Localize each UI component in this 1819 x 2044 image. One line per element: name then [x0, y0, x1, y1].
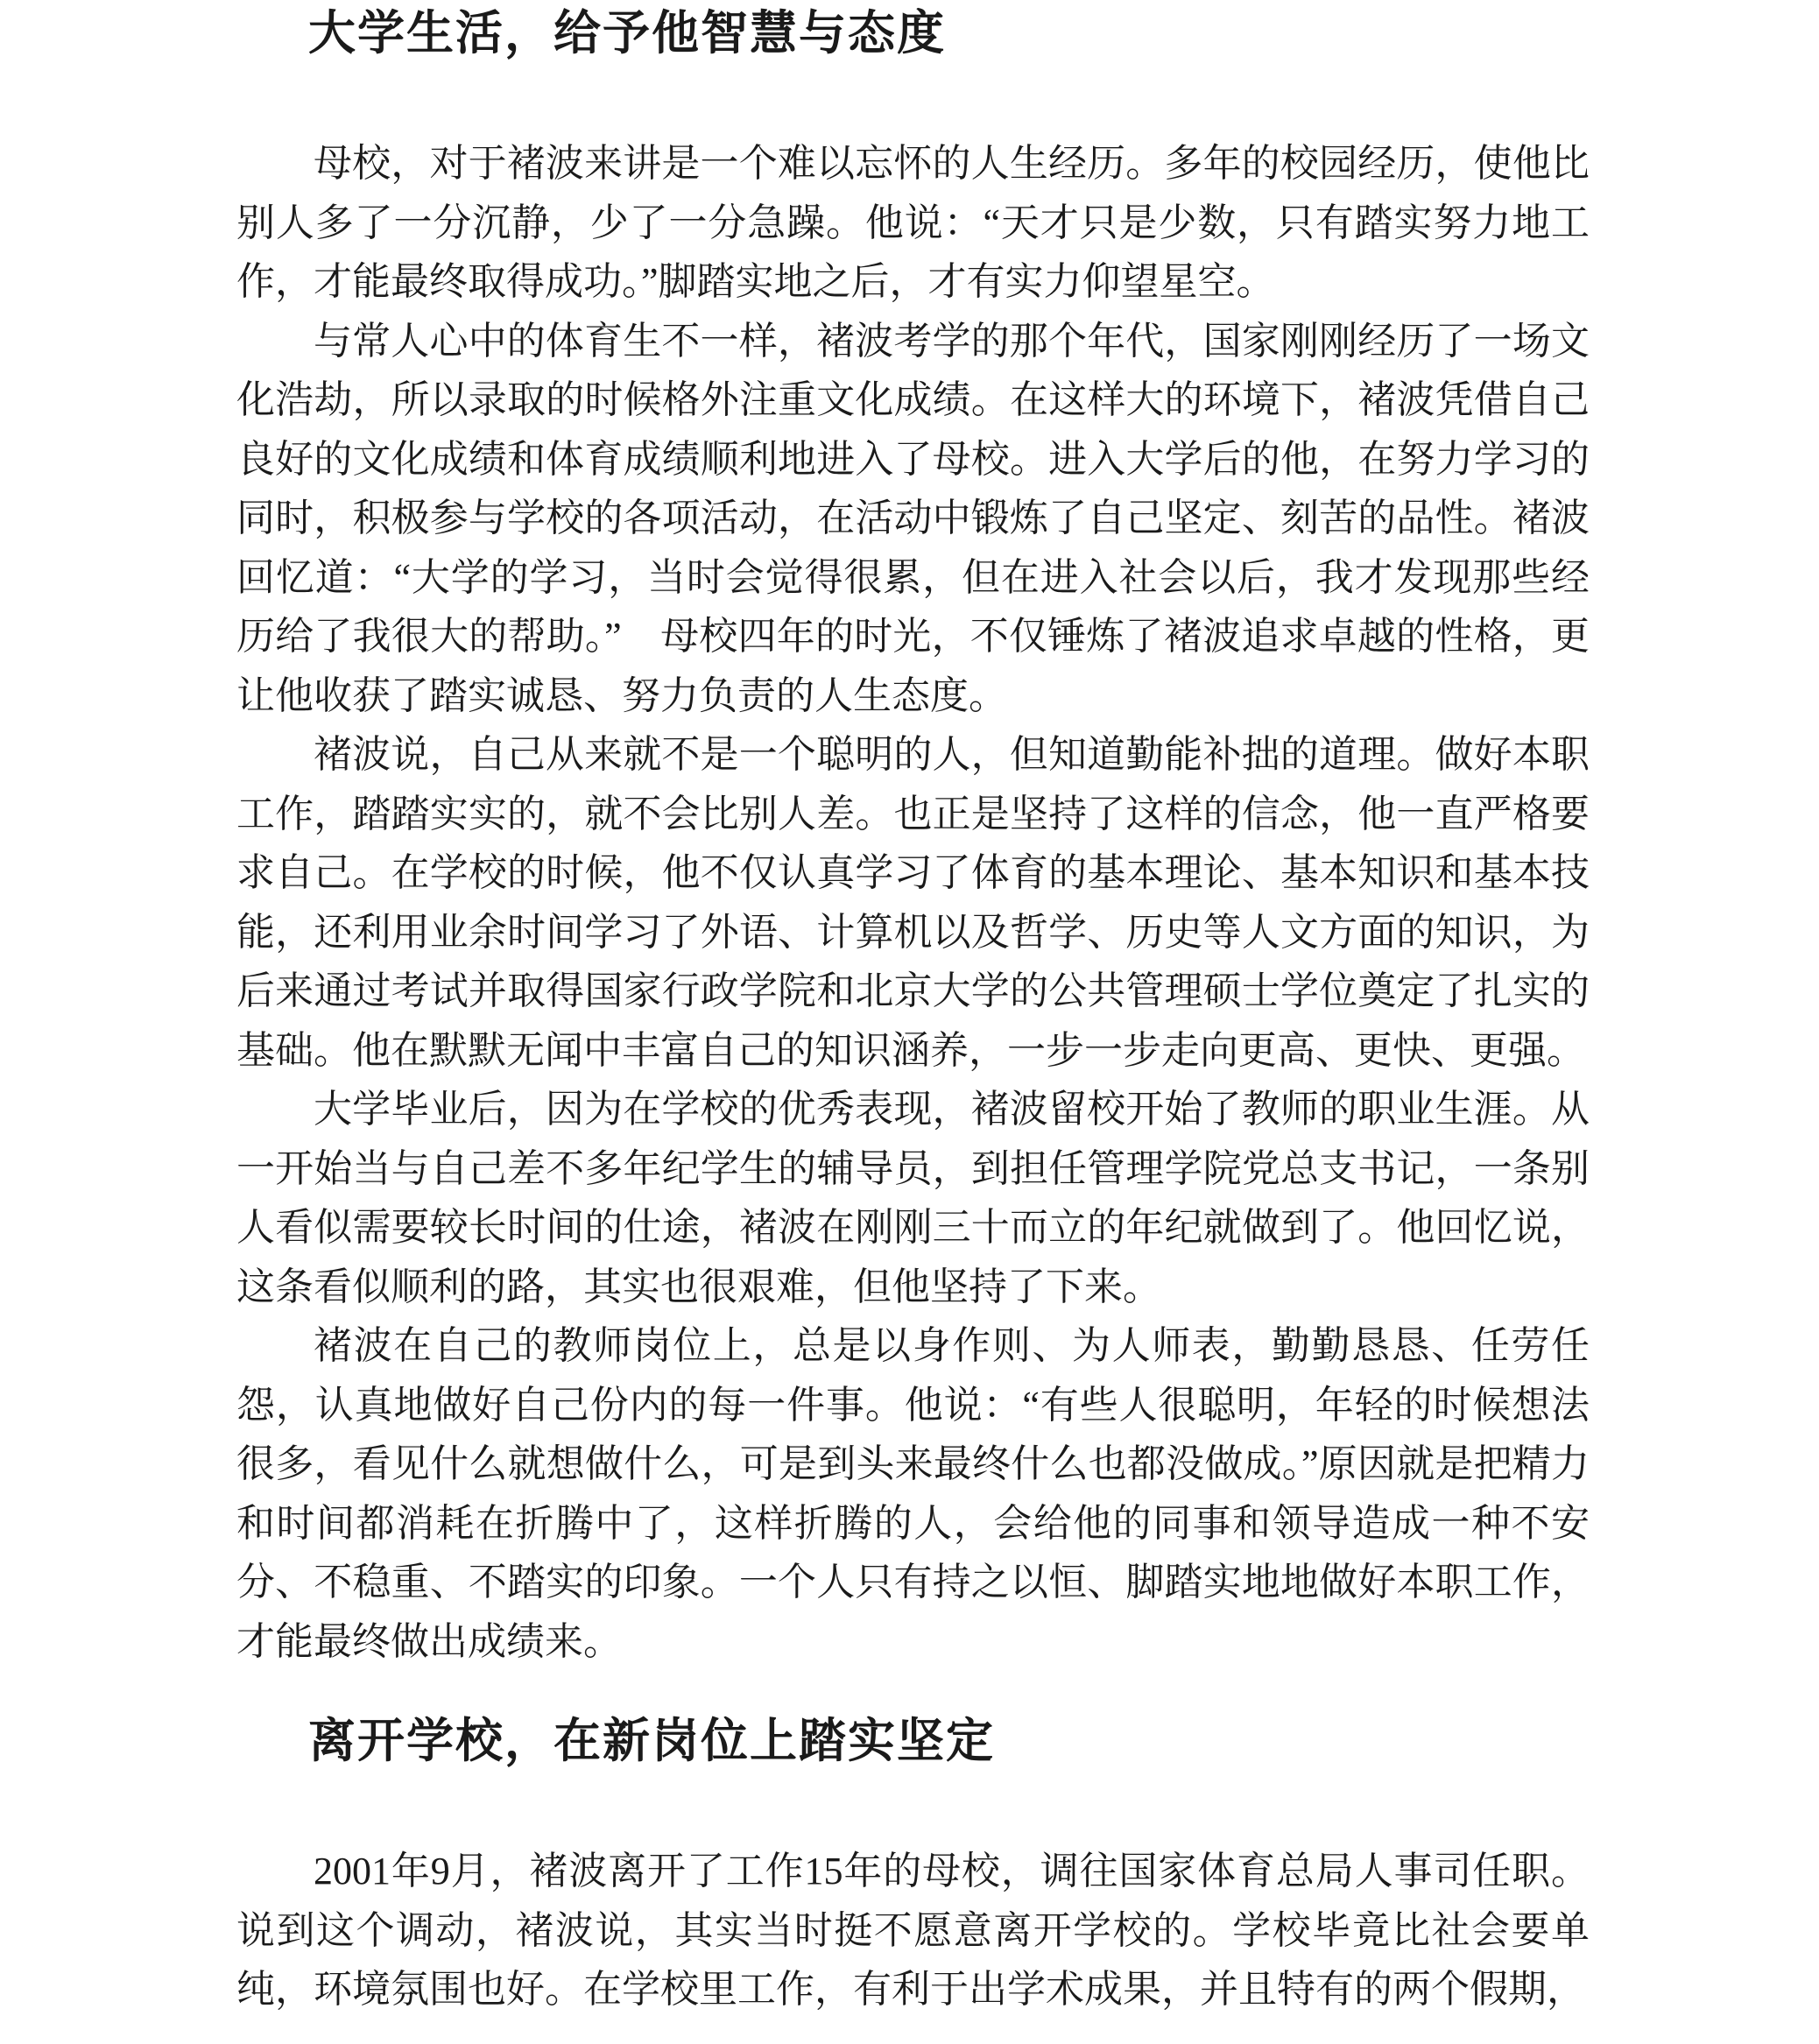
- paragraph: 褚波说，自己从来就不是一个聪明的人，但知道勤能补拙的道理。做好本职工作，踏踏实实…: [236, 725, 1590, 1080]
- paragraph: 大学毕业后，因为在学校的优秀表现，褚波留校开始了教师的职业生涯。从一开始当与自己…: [236, 1080, 1590, 1316]
- paragraph: 2001年9月，褚波离开了工作15年的母校，调往国家体育总局人事司任职。说到这个…: [236, 1842, 1590, 2019]
- paragraph: 母校，对于褚波来讲是一个难以忘怀的人生经历。多年的校园经历，使他比别人多了一分沉…: [236, 134, 1590, 312]
- paragraph: 与常人心中的体育生不一样，褚波考学的那个年代，国家刚刚经历了一场文化浩劫，所以录…: [236, 312, 1590, 726]
- section-heading-university-life: 大学生活，给予他智慧与态度: [236, 7, 1590, 60]
- paragraph: 褚波在自己的教师岗位上，总是以身作则、为人师表，勤勤恳恳、任劳任怨，认真地做好自…: [236, 1316, 1590, 1671]
- section-heading-leaving-school: 离开学校，在新岗位上踏实坚定: [236, 1715, 1590, 1767]
- document-page: 大学生活，给予他智慧与态度 母校，对于褚波来讲是一个难以忘怀的人生经历。多年的校…: [0, 7, 1819, 2044]
